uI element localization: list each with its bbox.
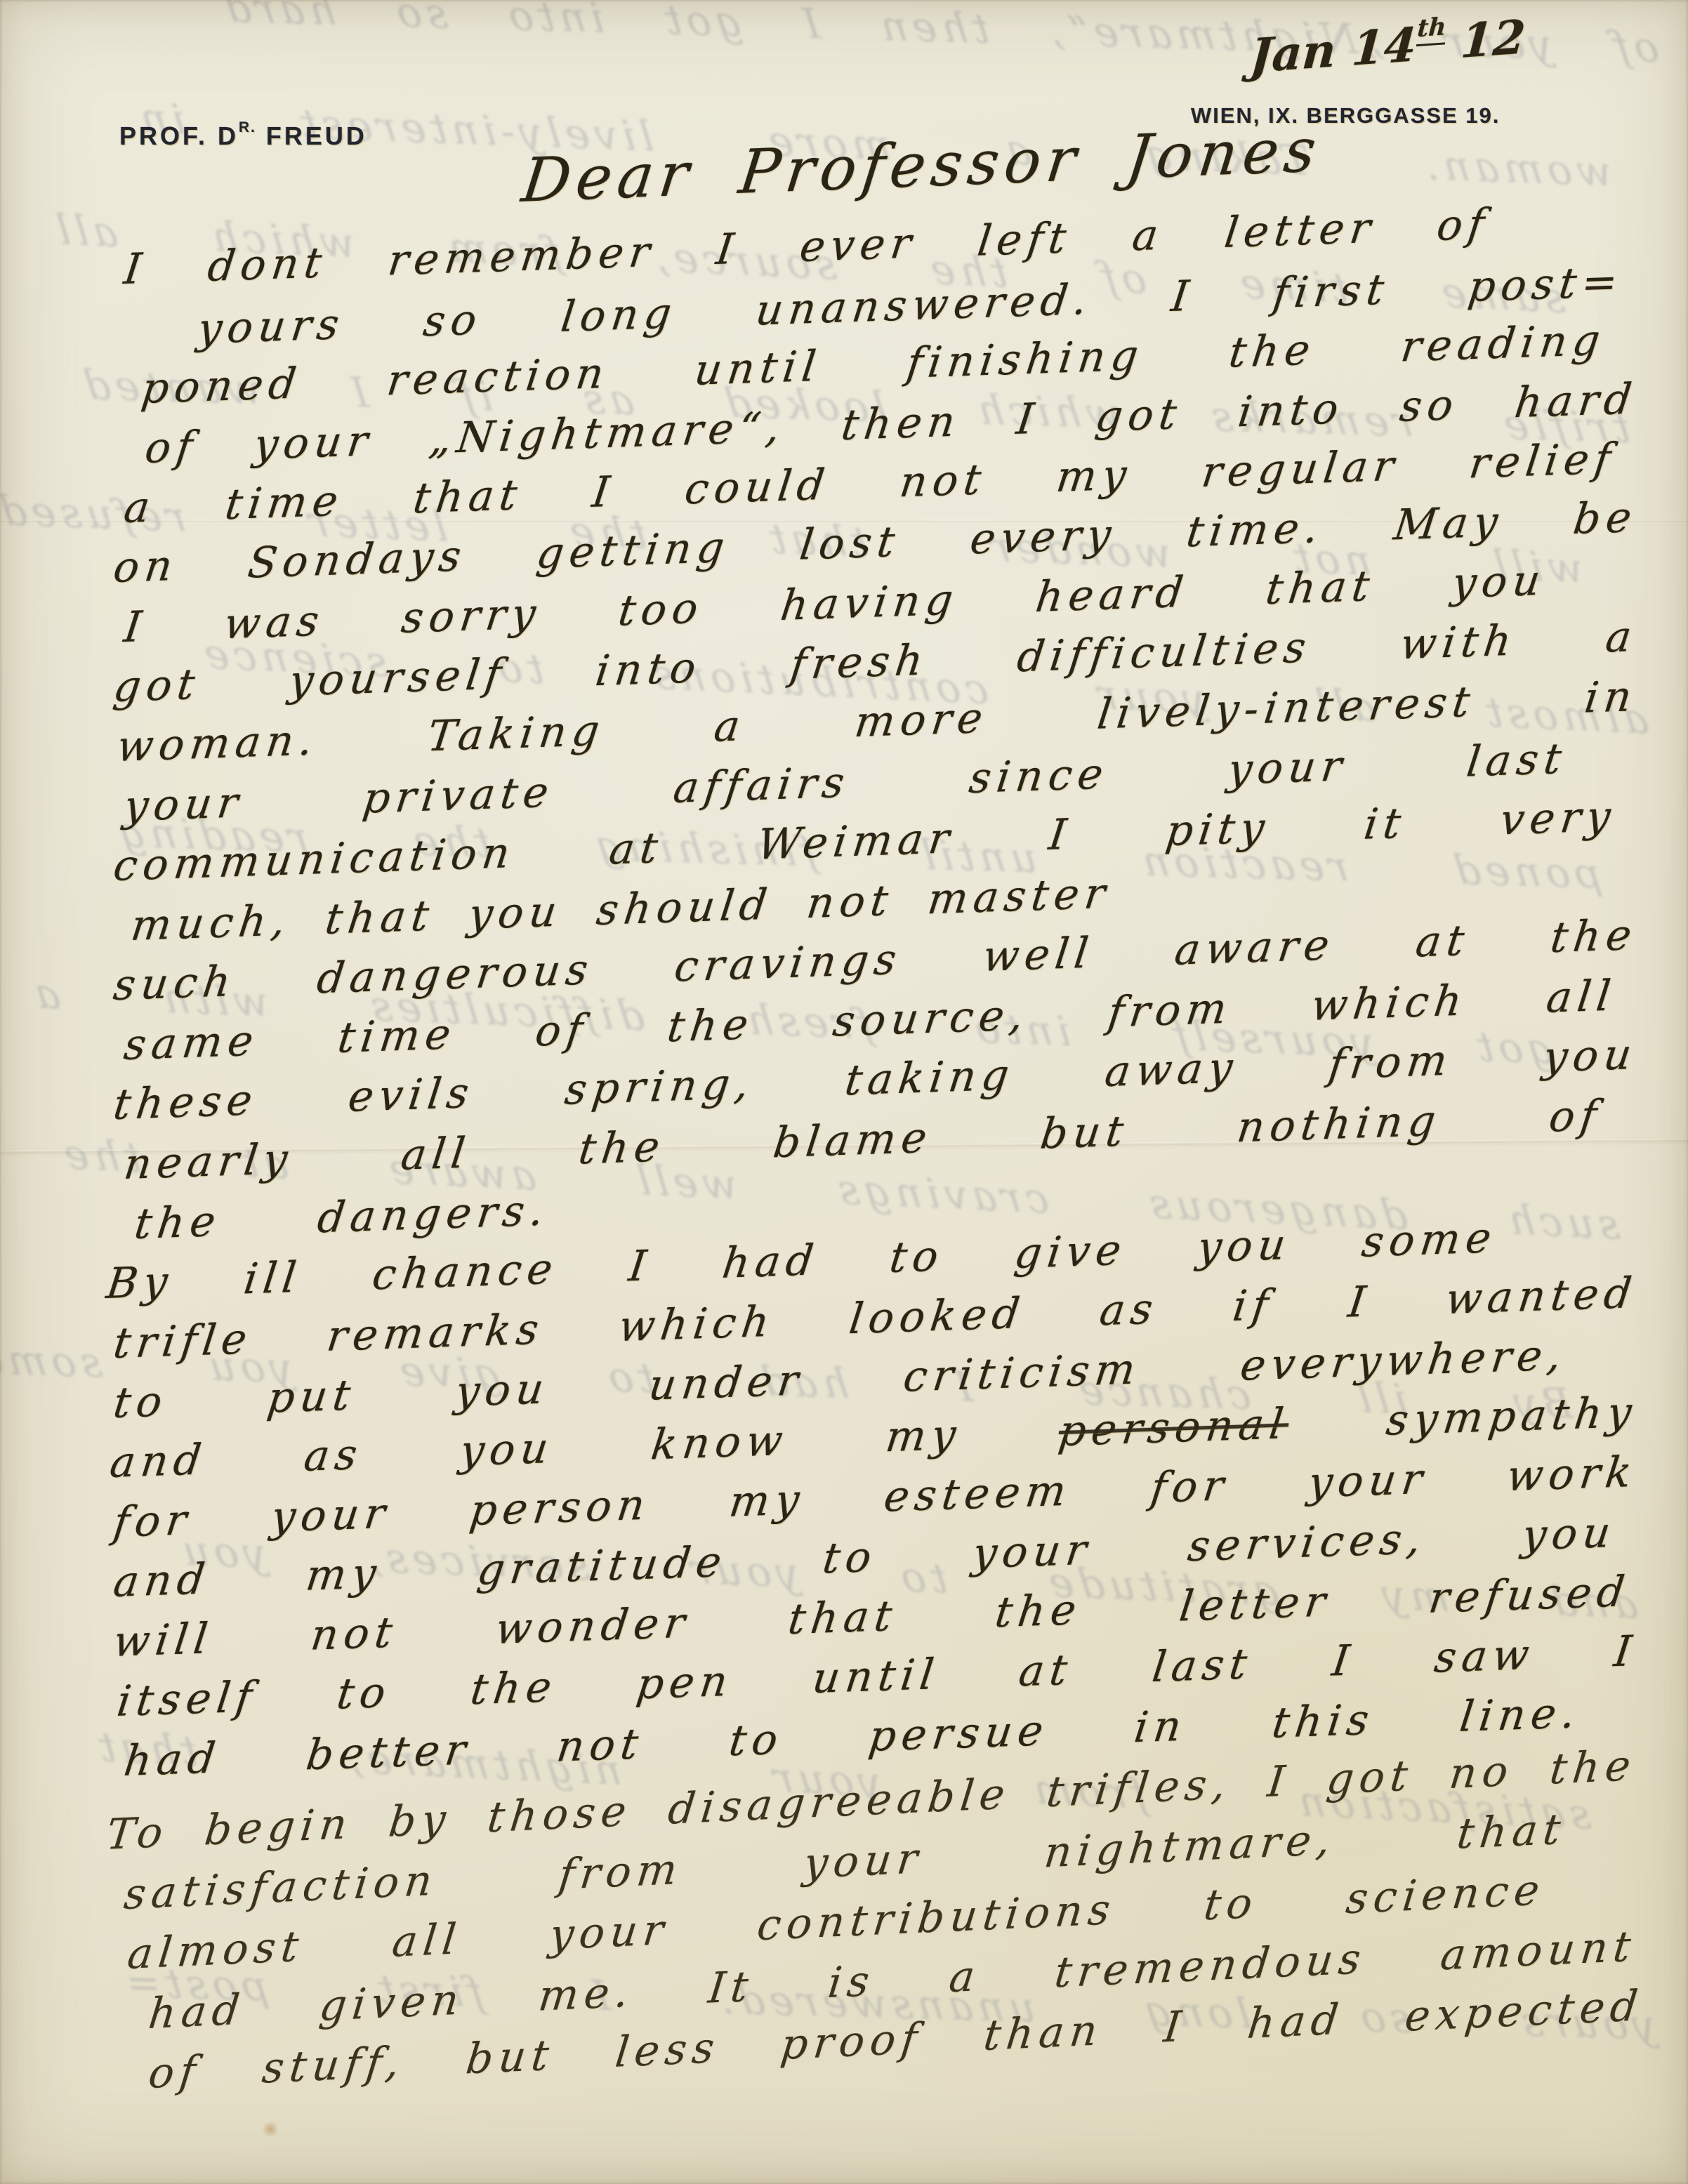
salutation: Dear Professor Jones <box>518 115 1325 216</box>
letterhead-name-text: PROF. D <box>119 121 239 150</box>
letter-body: I dont remember I ever left a letter ofy… <box>0 240 1688 2104</box>
date-superscript: th <box>1416 13 1447 46</box>
letter-date: Jan 14th 12 <box>1248 7 1527 84</box>
letterhead-name: PROF. DR. FREUD <box>119 119 367 151</box>
foxing-stain <box>261 2122 279 2137</box>
body-line-text: sympathy <box>1286 1388 1640 1449</box>
letterhead-superscript: R. <box>239 119 256 135</box>
date-text: Jan 14 <box>1248 17 1418 84</box>
letterhead-name-text: FREUD <box>256 121 367 150</box>
struck-word: personal <box>1056 1399 1292 1456</box>
date-text: 12 <box>1443 9 1527 70</box>
letter-page: of your „Nightmare“, then I got into so … <box>0 0 1688 2184</box>
